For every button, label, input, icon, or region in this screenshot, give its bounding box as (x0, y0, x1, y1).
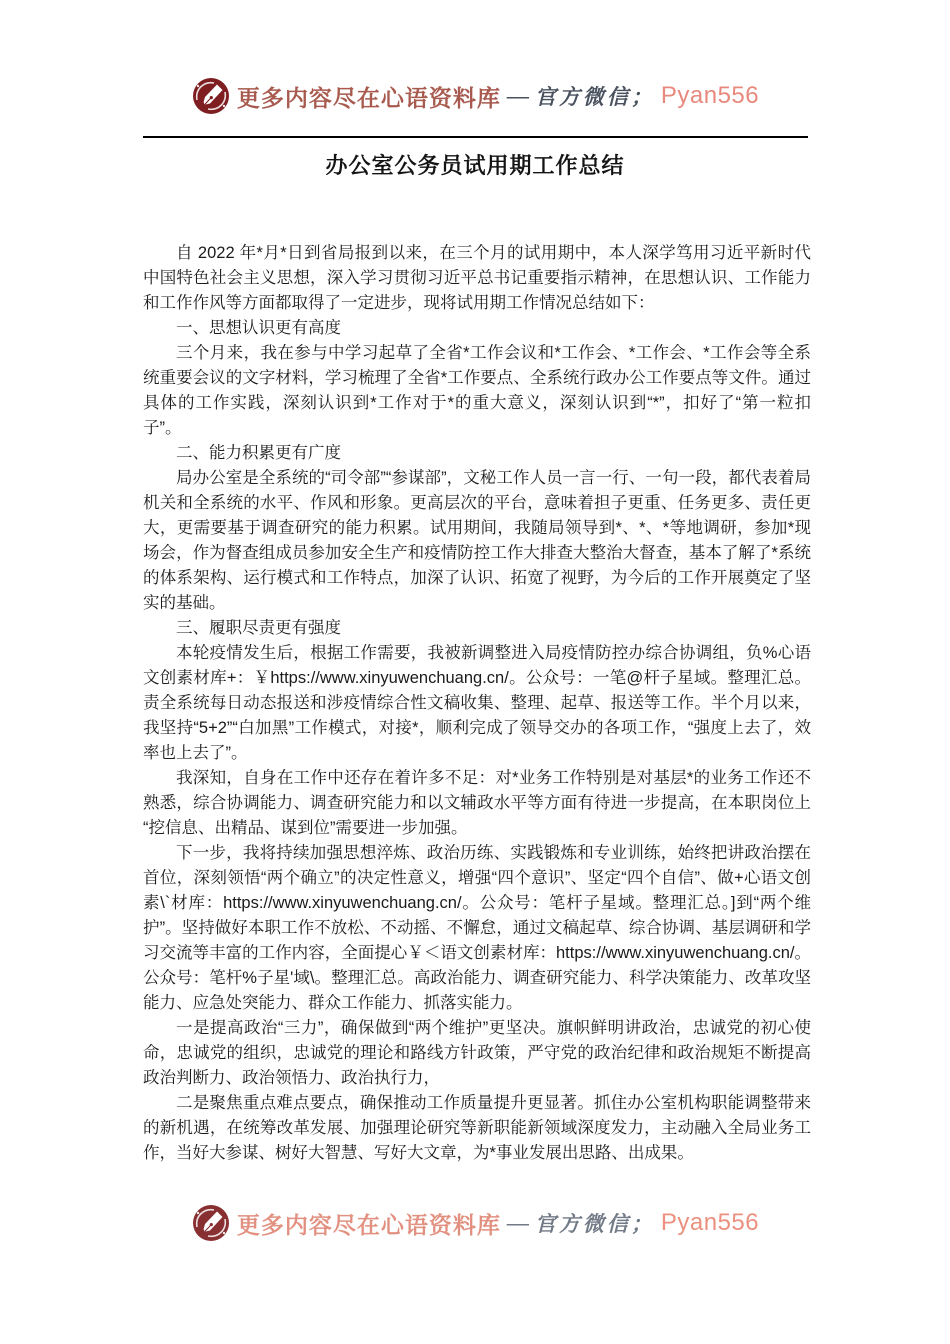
watermark-dash: — (507, 1210, 529, 1236)
pen-nib-logo-icon (191, 76, 231, 116)
body-paragraph: 本轮疫情发生后，根据工作需要，我被新调整进入局疫情防控办综合协调组，负%心语文创… (143, 641, 811, 766)
body-paragraph: 三个月来，我在参与中学习起草了全省*工作会议和*工作会、*工作会、*工作会等全系… (143, 341, 811, 441)
body-paragraph: 自 2022 年*月*日到省局报到以来，在三个月的试用期中，本人深学笃用习近平新… (143, 241, 811, 316)
watermark-brand-text: 更多内容尽在心语资料库 (237, 1207, 501, 1240)
watermark-dash: — (507, 83, 529, 109)
body-paragraph: 局办公室是全系统的“司令部”“参谋部”，文秘工作人员一言一行、一句一段，都代表着… (143, 466, 811, 616)
document-page: 更多内容尽在心语资料库—官方微信； Pyan556 办公室公务员试用期工作总结 … (0, 0, 950, 1344)
body-paragraph: 一是提高政治“三力”，确保做到“两个维护”更坚决。旗帜鲜明讲政治，忠诚党的初心使… (143, 1016, 811, 1091)
watermark-wechat-id: Pyan556 (661, 1209, 759, 1237)
section-heading: 三、履职尽责更有强度 (143, 616, 811, 641)
watermark-wechat-id: Pyan556 (661, 82, 759, 110)
body-paragraph: 二是聚焦重点难点要点，确保推动工作质量提升更显著。抓住办公室机构职能调整带来的新… (143, 1091, 811, 1166)
document-title: 办公室公务员试用期工作总结 (0, 149, 950, 180)
header-watermark: 更多内容尽在心语资料库—官方微信； Pyan556 (0, 76, 950, 116)
body-paragraph: 下一步，我将持续加强思想淬炼、政治历练、实践锻炼和专业训练，始终把讲政治摆在首位… (143, 841, 811, 1016)
footer-watermark: 更多内容尽在心语资料库—官方微信； Pyan556 (0, 1203, 950, 1243)
watermark-brand-text: 更多内容尽在心语资料库 (237, 80, 501, 113)
header-divider (143, 136, 808, 138)
watermark-channel-label: 官方微信； (535, 81, 655, 111)
section-heading: 一、思想认识更有高度 (143, 316, 811, 341)
section-heading: 二、能力积累更有广度 (143, 441, 811, 466)
pen-nib-logo-icon (191, 1203, 231, 1243)
watermark-channel-label: 官方微信； (535, 1208, 655, 1238)
body-paragraph: 我深知，自身在工作中还存在着许多不足：对*业务工作特别是对基层*的业务工作还不熟… (143, 766, 811, 841)
document-body: 自 2022 年*月*日到省局报到以来，在三个月的试用期中，本人深学笃用习近平新… (143, 241, 811, 1166)
